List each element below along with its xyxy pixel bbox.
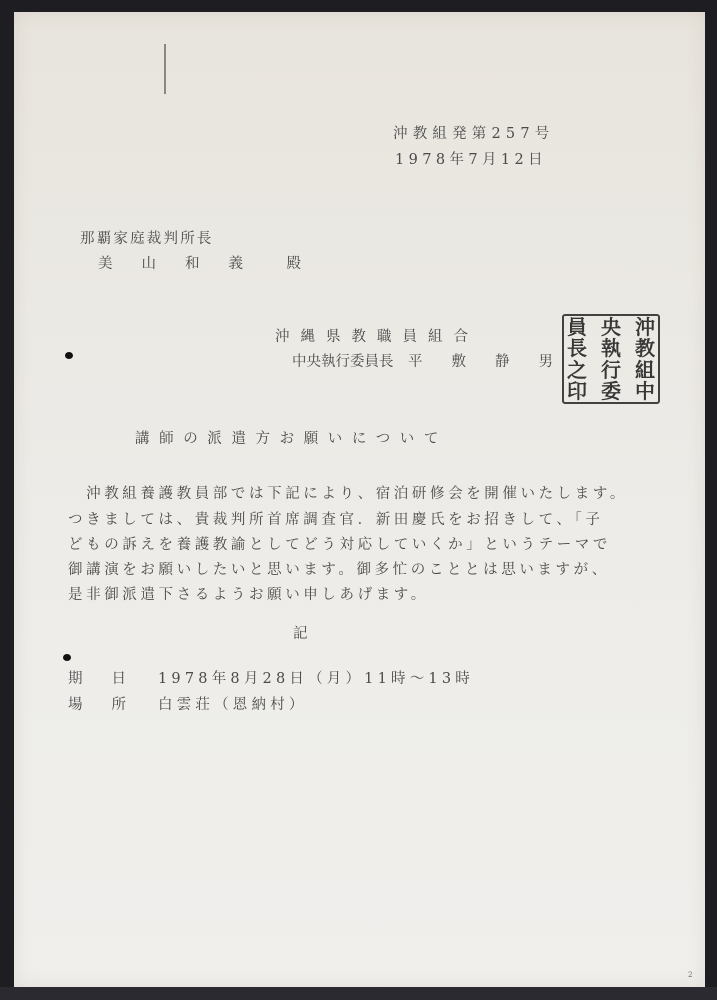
stamp-character: 印 [567, 381, 587, 401]
stamp-column-2: 央執行委 [601, 317, 621, 401]
page-number: 2 [688, 971, 692, 979]
stamp-character: 執 [601, 338, 621, 358]
detail-label-place: 場 所 [68, 693, 126, 714]
document-subject: 講師の派遣方お願いについて [135, 427, 448, 448]
stamp-column-1: 沖教組中 [635, 317, 655, 401]
reference-number: 沖教組発第257号 [393, 122, 554, 143]
official-seal-stamp: 沖教組中 央執行委 員長之印 [562, 314, 660, 404]
punch-hole-bottom [63, 654, 71, 661]
stamp-character: 教 [635, 338, 655, 358]
stamp-character: 之 [567, 360, 587, 380]
ki-heading: 記 [293, 622, 308, 643]
stamp-column-3: 員長之印 [567, 317, 587, 401]
stamp-character: 行 [601, 360, 621, 380]
sender-organization: 沖縄県教職員組合 [275, 325, 479, 346]
paper-crease-mark [164, 44, 166, 94]
stamp-character: 中 [635, 381, 655, 401]
body-line: つきましては、貴裁判所首席調査官．新田慶氏をお招きして、「子 [68, 508, 603, 529]
stamp-character: 央 [601, 317, 621, 337]
addressee-organization: 那覇家庭裁判所長 [80, 227, 214, 248]
stamp-character: 委 [601, 381, 621, 401]
punch-hole-top [65, 352, 73, 359]
stamp-character: 員 [567, 317, 587, 337]
body-line: 沖教組養護教員部では下記により、宿泊研修会を開催いたします。 [68, 482, 628, 503]
detail-value-place: 白雲荘（恩納村） [158, 693, 308, 714]
body-line: どもの訴えを養護教諭としてどう対応していくか」というテーマで [68, 533, 611, 554]
body-line: 御講演をお願いしたいと思います。御多忙のこととは思いますが、 [68, 558, 610, 579]
sender-title-and-name: 中央執行委員長 平 敷 静 男 [292, 350, 553, 371]
addressee-name: 美 山 和 義 殿 [98, 252, 301, 273]
stamp-character: 組 [635, 360, 655, 380]
stamp-character: 長 [567, 338, 587, 358]
detail-label-date: 期 日 [68, 667, 126, 688]
body-line: 是非御派遣下さるようお願い申しあげます。 [68, 583, 429, 604]
detail-value-date: 1978年8月28日（月）11時～13時 [158, 667, 474, 688]
stamp-character: 沖 [635, 317, 655, 337]
background-bottom [0, 987, 717, 1000]
document-date: 1978年7月12日 [395, 148, 547, 169]
